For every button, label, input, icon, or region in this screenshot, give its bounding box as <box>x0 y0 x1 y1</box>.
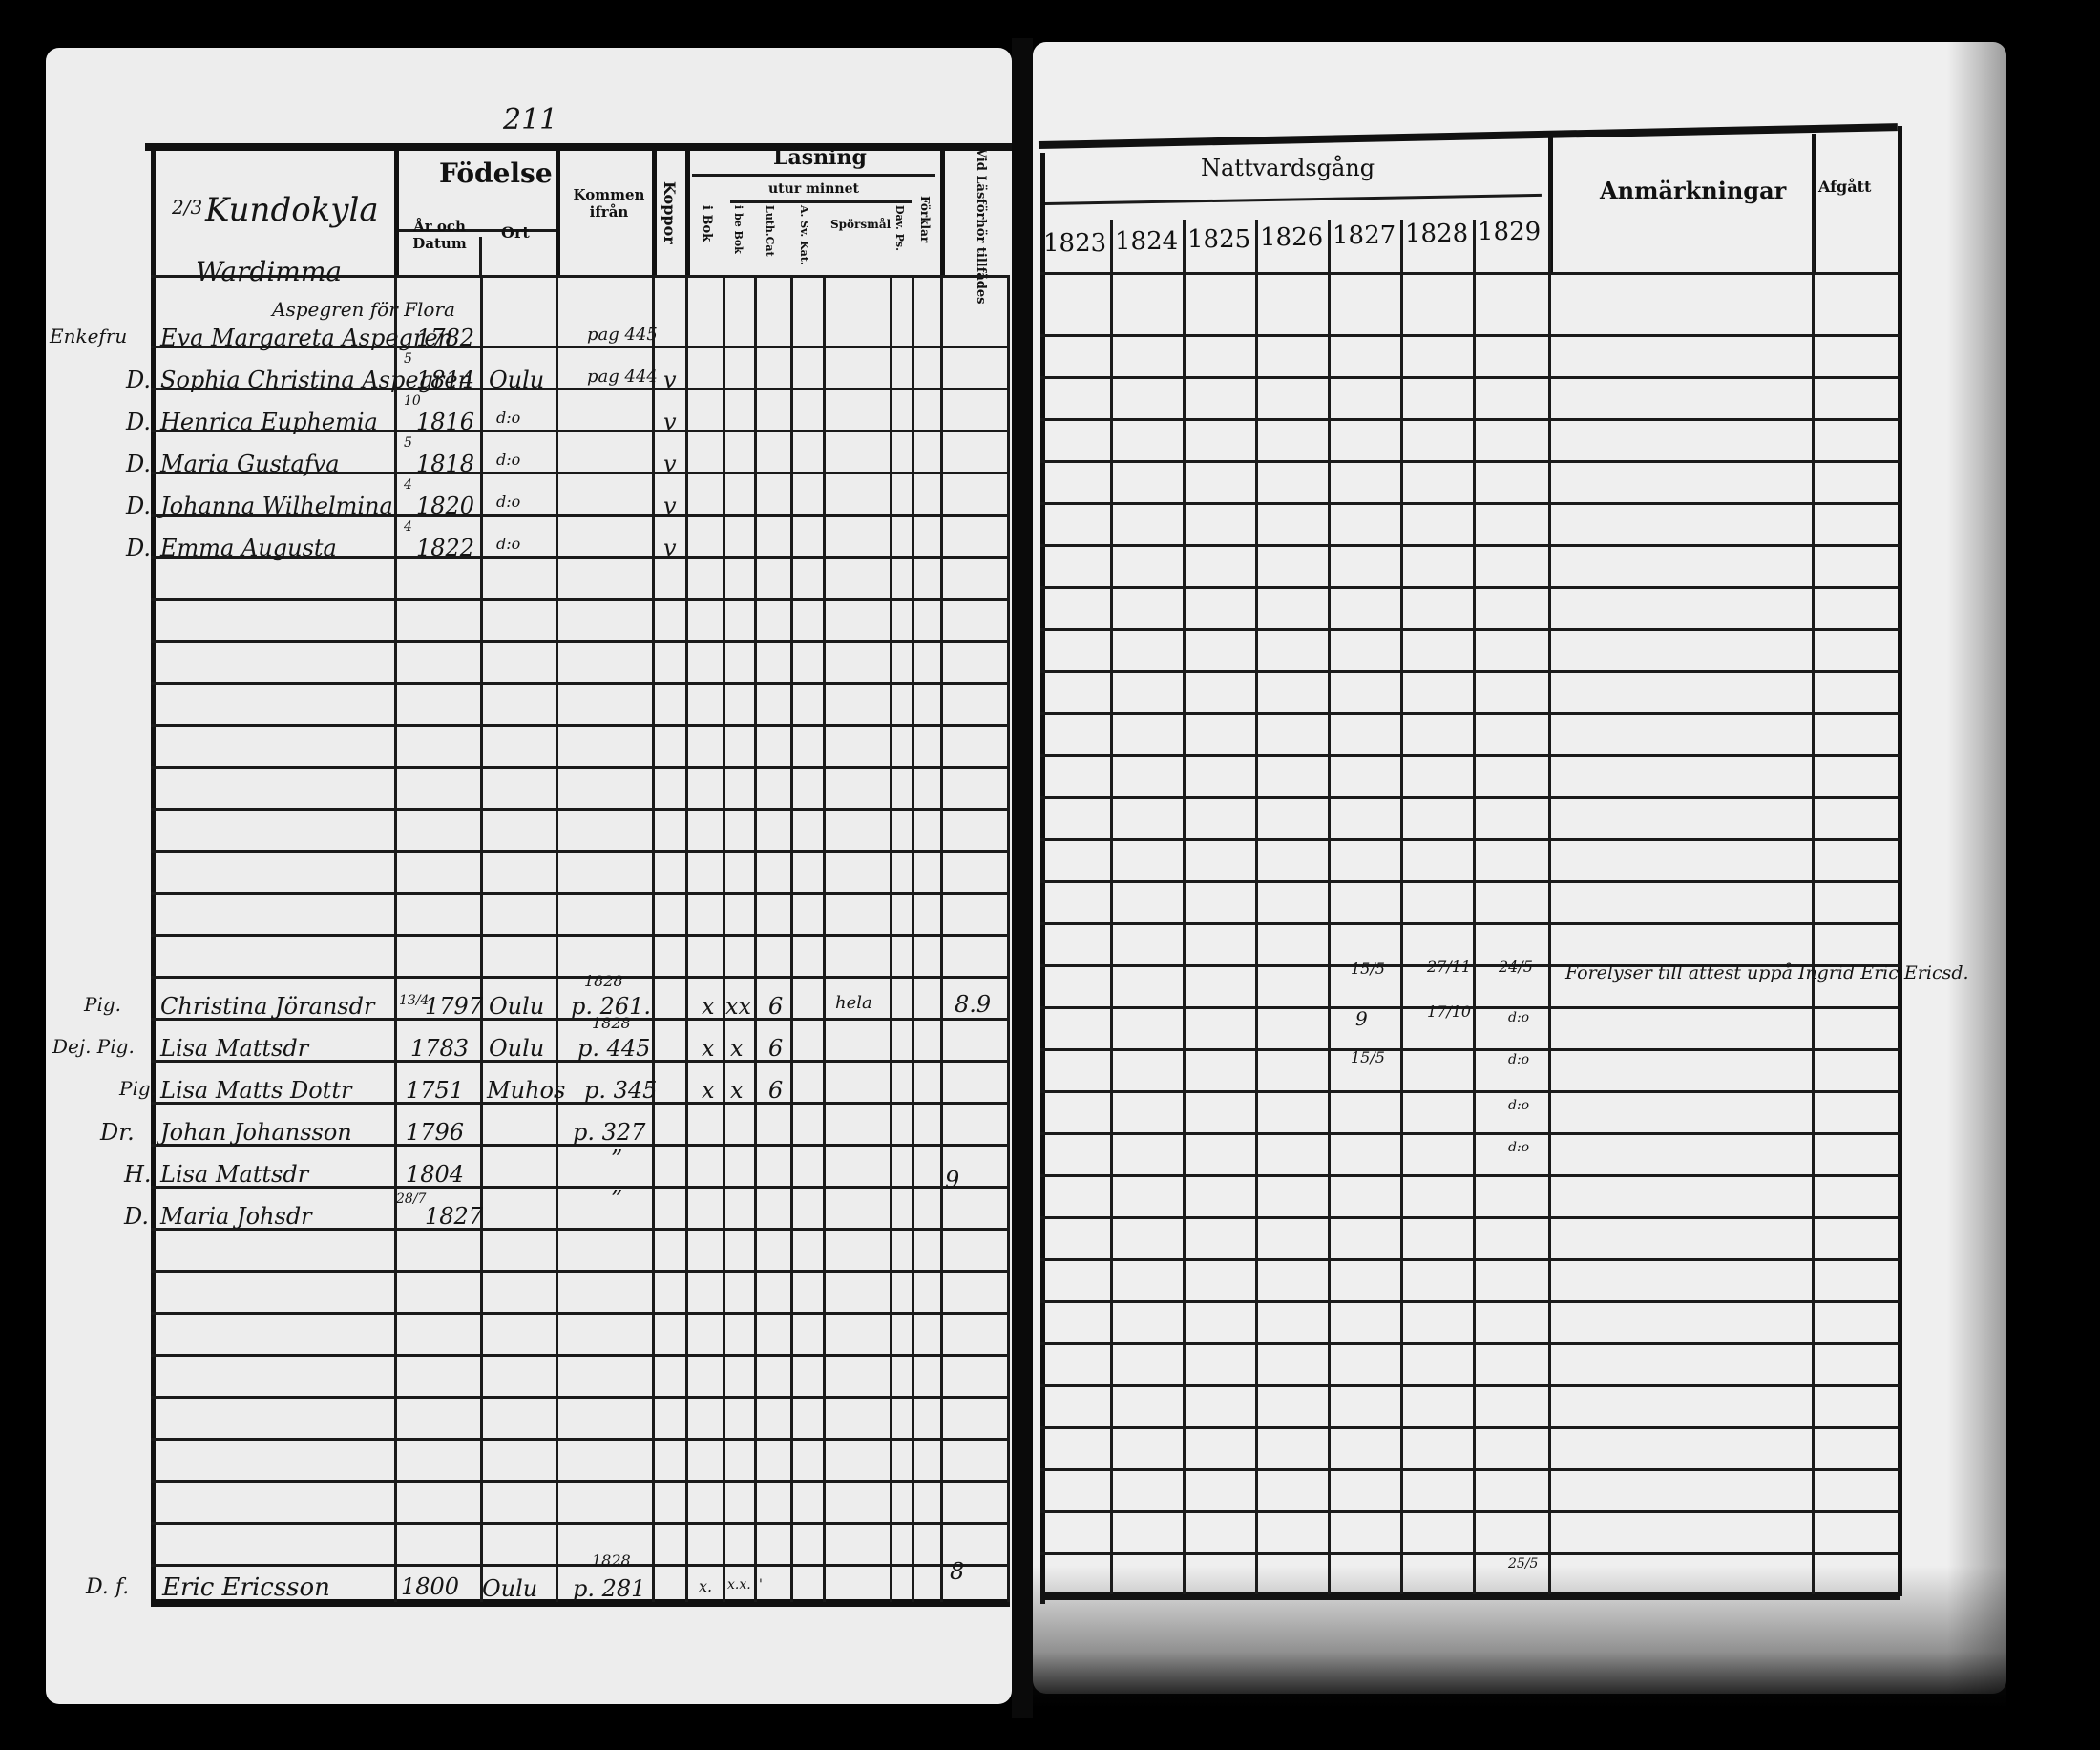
column-rule <box>790 275 793 1602</box>
row-rule <box>151 1438 1010 1441</box>
row-name: Maria Johsdr <box>160 1203 312 1230</box>
row-name: Johanna Wilhelmina <box>160 493 393 519</box>
row-day: 5 <box>404 351 412 367</box>
column-rule <box>823 275 826 1602</box>
row-role: Pig. <box>119 1077 157 1100</box>
header-i-bok: i Bok <box>700 205 714 242</box>
row-rule <box>151 766 1010 769</box>
row-role: Dej. Pig. <box>52 1035 135 1058</box>
row-year: 1751 <box>406 1077 464 1104</box>
row-name: Christina Jöransdr <box>160 993 374 1020</box>
row-role: Pig. <box>84 993 121 1016</box>
row-rule <box>1040 1048 1900 1051</box>
row-rule <box>151 892 1010 895</box>
row-year: 1820 <box>416 493 474 519</box>
header-ar-och-datum: År och Datum <box>404 218 475 252</box>
row-ort: Oulu <box>489 993 544 1020</box>
row-rule <box>1040 334 1900 337</box>
header-kommen-ifran: Kommen ifrån <box>571 186 647 221</box>
row-day: 10 <box>404 393 421 409</box>
column-rule <box>1183 220 1186 1594</box>
row-ort: Muhos <box>487 1077 565 1104</box>
row-rule <box>151 850 1010 853</box>
right-header-bottom-rule <box>1040 272 1900 275</box>
communion-1829: 24/5 <box>1499 958 1533 976</box>
row-name: Henrica Euphemia <box>160 409 378 435</box>
row-ort: d:o <box>496 535 520 553</box>
communion-1828: 27/11 <box>1427 958 1471 976</box>
row-read-bok: x <box>702 1035 715 1062</box>
row-role: D. f. <box>86 1575 129 1599</box>
header-bottom-rule <box>151 275 1010 278</box>
row-read-bebok: x.x. <box>727 1577 751 1592</box>
row-rule <box>1040 1384 1900 1387</box>
row-vid: 8.9 <box>955 991 991 1018</box>
row-rule <box>1040 628 1900 631</box>
row-koppor: v <box>663 535 677 561</box>
row-read-bebok: x <box>730 1035 744 1062</box>
header-lasning: Läsning <box>773 145 867 170</box>
row-kommen: p. 445 <box>577 1035 650 1062</box>
row-read-bok: x <box>702 993 715 1020</box>
column-rule <box>1812 220 1815 1594</box>
row-rule <box>151 1564 1010 1567</box>
row-read-luth: 6 <box>768 993 783 1020</box>
row-rule <box>1040 838 1900 841</box>
book-gutter <box>1012 38 1033 1718</box>
row-ort: Oulu <box>482 1575 537 1602</box>
col-sep-koppor <box>685 151 690 275</box>
column-rule <box>1328 220 1331 1594</box>
row-year: 1818 <box>416 451 474 477</box>
row-read-bok: x. <box>699 1577 712 1595</box>
column-rule <box>685 275 688 1602</box>
header-i-be-bok: i be Bok <box>732 205 745 254</box>
col-sep-fodelse <box>556 151 560 275</box>
row-ort: d:o <box>496 409 520 427</box>
row-rule <box>1040 880 1900 883</box>
row-rule <box>1040 460 1900 463</box>
row-name: Emma Augusta <box>160 535 337 561</box>
row-kommen: ” <box>611 1146 622 1172</box>
row-rule <box>1040 1258 1900 1261</box>
column-rule <box>556 275 558 1602</box>
column-rule <box>912 275 914 1602</box>
row-name: Eva Margareta Aspegren <box>160 325 452 351</box>
row-rule <box>1040 544 1900 547</box>
communion-1829: d:o <box>1508 1010 1529 1025</box>
communion-1827: 15/5 <box>1351 959 1385 978</box>
row-rule <box>151 1312 1010 1315</box>
row-day: 4 <box>404 477 412 493</box>
column-rule <box>1400 220 1403 1594</box>
col-sep-kommen <box>652 151 657 275</box>
header-top-rule <box>145 143 1012 151</box>
right-register-page <box>1033 42 2006 1694</box>
row-rule <box>1040 502 1900 505</box>
row-role: Dr. <box>100 1119 135 1146</box>
row-rule <box>1040 796 1900 799</box>
row-rule <box>151 808 1010 811</box>
column-rule <box>1110 220 1113 1594</box>
row-name: Johan Johansson <box>160 1119 352 1146</box>
column-rule <box>940 275 943 1602</box>
row-ort: d:o <box>496 451 520 469</box>
page-bottom-shadow <box>1033 1566 2006 1709</box>
communion-1827: 15/5 <box>1351 1048 1385 1066</box>
header-utur-minnet: utur minnet <box>768 181 859 197</box>
row-name: Lisa Mattsdr <box>160 1161 308 1188</box>
row-rule <box>1040 1426 1900 1429</box>
row-year: 1827 <box>425 1203 483 1230</box>
row-kommen: p. 345 <box>584 1077 657 1104</box>
row-year: 1797 <box>425 993 483 1020</box>
row-name: Eric Ericsson <box>162 1573 330 1602</box>
row-year: 1783 <box>410 1035 469 1062</box>
header-sporsmal: Spörsmål <box>830 218 878 231</box>
row-role: D. <box>126 451 151 477</box>
year-1828: 1828 <box>1405 220 1468 248</box>
row-role: D. <box>126 409 151 435</box>
remark-note: Förelyser till attest uppå Ingrid Eric E… <box>1565 962 1969 983</box>
annotation-aspegren: Aspegren för Flora <box>272 298 455 321</box>
row-rule <box>1040 376 1900 379</box>
row-role: D. <box>126 535 151 561</box>
row-rule <box>151 598 1010 601</box>
row-rule <box>1040 1468 1900 1471</box>
row-kommen: ” <box>611 1186 622 1212</box>
year-1823: 1823 <box>1043 229 1106 258</box>
row-rule <box>151 976 1010 979</box>
communion-1828: 17/10 <box>1427 1002 1471 1021</box>
row-read-bebok: xx <box>725 993 751 1020</box>
row-kommen-year: 1828 <box>592 1551 631 1570</box>
column-rule <box>652 275 655 1602</box>
row-day: 4 <box>404 519 412 535</box>
row-kommen: p. 281 <box>573 1575 645 1602</box>
row-rule <box>1040 922 1900 925</box>
communion-1829: d:o <box>1508 1098 1529 1113</box>
column-rule <box>1473 220 1476 1594</box>
row-read-sporsmal: hela <box>835 993 872 1013</box>
row-year: 1814 <box>416 367 474 393</box>
utur-minnet-rule <box>730 200 912 203</box>
left-register-page <box>46 48 1012 1704</box>
row-koppor: v <box>663 367 677 393</box>
row-rule <box>151 1354 1010 1357</box>
row-role: H. <box>124 1161 152 1188</box>
row-rule <box>1040 712 1900 715</box>
farm-name: Wardimma <box>196 256 342 287</box>
header-forklar: Förklar <box>918 196 932 242</box>
row-read-luth: 6 <box>768 1035 783 1062</box>
row-year: 1782 <box>416 325 474 351</box>
row-rule <box>151 724 1010 727</box>
page-edge-shadow <box>1947 42 2006 1694</box>
header-dav-ps: Dav. Ps. <box>893 205 906 251</box>
row-ort: Oulu <box>489 1035 544 1062</box>
header-nattvardsgang: Nattvardsgång <box>1201 155 1375 181</box>
row-rule <box>1040 1300 1900 1303</box>
column-rule <box>890 275 892 1602</box>
row-kommen: pag 445 <box>587 325 658 345</box>
right-table-right-border <box>1898 126 1902 1596</box>
row-koppor: v <box>663 493 677 519</box>
row-year: 1804 <box>406 1161 464 1188</box>
fodelse-sub-sep <box>479 237 482 275</box>
row-day: 5 <box>404 435 412 451</box>
header-afgatt: Afgått <box>1818 178 1871 196</box>
row-rule <box>1040 754 1900 757</box>
row-name: Lisa Mattsdr <box>160 1035 308 1062</box>
header-a-sv-kat: A. Sv. Kat. <box>798 205 810 265</box>
header-ort: Ort <box>501 223 530 242</box>
column-rule <box>1007 275 1010 1602</box>
row-role: Enkefru <box>50 325 127 348</box>
row-ort: Oulu <box>489 367 544 393</box>
communion-1829: d:o <box>1508 1140 1529 1155</box>
row-kommen-year: 1828 <box>592 1014 631 1032</box>
row-rule <box>1040 1342 1900 1345</box>
row-rule <box>1040 1552 1900 1555</box>
row-rule <box>151 1522 1010 1525</box>
row-rule <box>1040 1090 1900 1093</box>
row-rule <box>1040 586 1900 589</box>
header-vid-lasforhor: Vid Läsförhör tillfädes <box>974 148 988 277</box>
row-name: Maria Gustafva <box>160 451 340 477</box>
row-rule <box>151 934 1010 937</box>
table-left-border <box>151 143 156 1599</box>
header-anmarkningar: Anmärkningar <box>1600 177 1786 204</box>
header-fodelse: Födelse <box>439 158 553 189</box>
col-sep-name <box>394 151 399 275</box>
row-koppor: v <box>663 409 677 435</box>
row-kommen: p. 327 <box>573 1119 645 1146</box>
year-1824: 1824 <box>1115 227 1178 256</box>
village-name: Kundokyla <box>205 191 379 229</box>
year-1829: 1829 <box>1478 218 1541 246</box>
communion-1829: d:o <box>1508 1052 1529 1067</box>
year-1825: 1825 <box>1187 225 1250 254</box>
row-role: D. <box>124 1203 149 1230</box>
row-rule <box>1040 670 1900 673</box>
household-fraction: 2/3 <box>172 196 202 219</box>
row-read-luth: ' <box>759 1577 763 1592</box>
column-rule <box>1255 220 1258 1594</box>
row-rule <box>1040 1216 1900 1219</box>
row-vid: 8 <box>950 1558 964 1585</box>
row-read-bebok: x <box>730 1077 744 1104</box>
header-luth-cat: Luth.Cat <box>764 205 776 257</box>
year-1826: 1826 <box>1260 223 1323 252</box>
column-rule <box>1548 220 1551 1594</box>
row-koppor: v <box>663 451 677 477</box>
row-year: 1796 <box>406 1119 464 1146</box>
row-vid: 9 <box>945 1167 959 1193</box>
row-kommen-year: 1828 <box>584 972 623 990</box>
lasning-sub-rule <box>692 174 935 177</box>
column-rule <box>754 275 757 1602</box>
row-rule <box>1040 1174 1900 1177</box>
row-read-luth: 6 <box>768 1077 783 1104</box>
column-rule <box>723 275 725 1602</box>
row-rule <box>151 1270 1010 1273</box>
row-rule <box>151 682 1010 685</box>
column-rule <box>480 275 483 1602</box>
row-rule <box>1040 418 1900 421</box>
row-rule <box>151 640 1010 643</box>
row-rule <box>1040 1132 1900 1135</box>
row-role: D. <box>126 367 151 393</box>
row-rule <box>1040 1510 1900 1513</box>
row-year: 1822 <box>416 535 474 561</box>
row-year: 1816 <box>416 409 474 435</box>
year-1827: 1827 <box>1333 221 1396 250</box>
row-day: 28/7 <box>396 1191 426 1207</box>
header-koppor: Koppor <box>661 181 679 244</box>
row-rule <box>151 1396 1010 1399</box>
row-ort: d:o <box>496 493 520 511</box>
page-number: 211 <box>503 103 557 137</box>
column-rule <box>394 275 397 1602</box>
communion-1827: 9 <box>1355 1007 1368 1030</box>
row-name: Lisa Matts Dottr <box>160 1077 351 1104</box>
row-kommen: pag 444 <box>587 367 658 387</box>
row-read-bok: x <box>702 1077 715 1104</box>
col-sep-lasning <box>940 151 945 275</box>
row-rule <box>151 1480 1010 1483</box>
row-role: D. <box>126 493 151 519</box>
row-year: 1800 <box>401 1573 459 1600</box>
